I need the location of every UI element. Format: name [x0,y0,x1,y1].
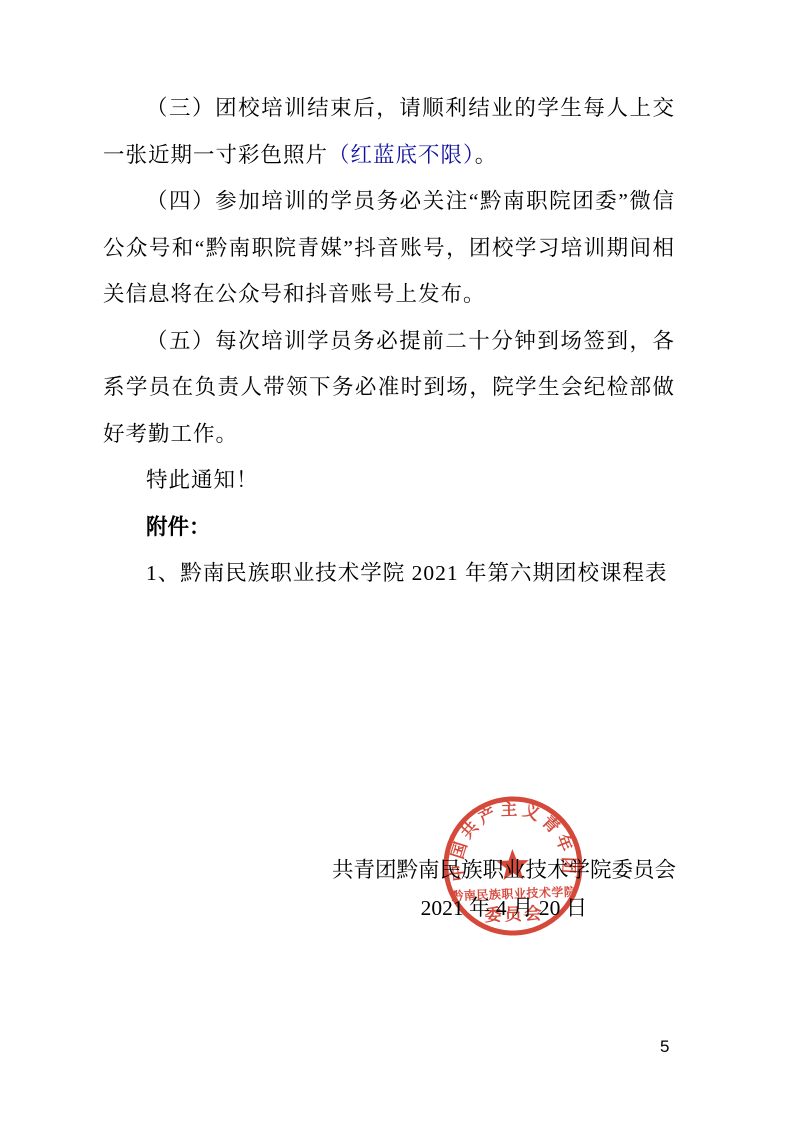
paragraph-item-4: （四）参加培训的学员务必关注“黔南职院团委”微信公众号和“黔南职院青媒”抖音账号… [103,178,675,318]
document-page: （三）团校培训结束后，请顺利结业的学生每人上交一张近期一寸彩色照片（红蓝底不限）… [0,0,793,1122]
seal-school-name: 黔南民族职业技术学院 [450,884,577,903]
official-seal: 中国共产主义青年团 黔南民族职业技术学院 委员会 [435,791,590,946]
seal-graphic: 中国共产主义青年团 黔南民族职业技术学院 委员会 [435,791,590,946]
attachment-item: 1、黔南民族职业技术学院 2021 年第六期团校课程表 [103,550,675,597]
seal-committee-text: 委员会 [484,903,545,925]
star-icon [496,848,529,880]
paragraph-item-3: （三）团校培训结束后，请顺利结业的学生每人上交一张近期一寸彩色照片（红蓝底不限）… [103,85,675,178]
paragraph-3-blue-note: （红蓝底不限） [328,143,475,167]
closing-line: 特此通知！ [103,457,675,504]
attachment-label: 附件： [103,504,675,551]
page-number: 5 [660,1036,669,1058]
paragraph-3-period: 。 [475,143,498,167]
document-body: （三）团校培训结束后，请顺利结业的学生每人上交一张近期一寸彩色照片（红蓝底不限）… [103,85,675,597]
paragraph-item-5: （五）每次培训学员务必提前二十分钟到场签到，各系学员在负责人带领下务必准时到场，… [103,318,675,458]
